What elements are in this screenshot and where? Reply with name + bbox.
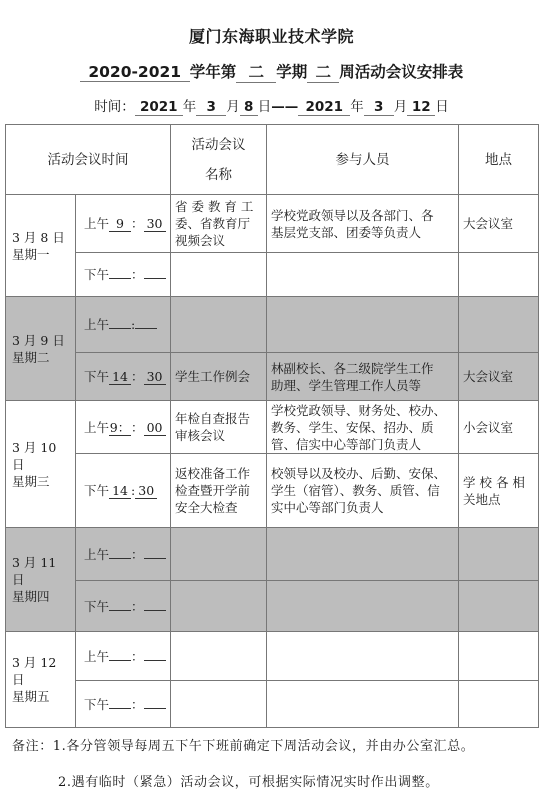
date-text: 3 月 10 日	[12, 439, 71, 473]
date-text: 3 月 9 日	[12, 332, 71, 349]
time-separator: ：	[131, 649, 144, 664]
hour-field	[109, 278, 131, 279]
meeting-name-cell	[171, 681, 267, 728]
range-dash: ——	[271, 99, 298, 115]
year-char: 年	[183, 99, 197, 115]
meeting-name-line: 视频会议	[175, 232, 262, 249]
hour-field: 9	[109, 217, 131, 232]
table-row: 下午：	[6, 681, 539, 728]
meeting-name-line: 委、省教育厅	[175, 215, 262, 232]
meeting-name-cell: 学生工作例会	[171, 353, 267, 401]
date-cell: 3 月 11 日 星期四	[6, 528, 76, 632]
time-prefix: 上午	[84, 649, 109, 664]
col-header-location: 地点	[459, 125, 539, 195]
time-prefix: 上午	[84, 547, 109, 562]
meeting-name-cell	[171, 581, 267, 632]
participants-cell: 校领导以及校办、后勤、安保、学生（宿管）、教务、质管、信实中心等部门负责人	[267, 454, 459, 528]
location-line: 小会议室	[463, 419, 534, 436]
participants-cell	[267, 681, 459, 728]
time-prefix: 上午	[84, 420, 109, 435]
start-month-field: 3	[196, 99, 226, 116]
participants-cell	[267, 297, 459, 353]
weekday-text: 星期三	[12, 473, 71, 490]
weekday-text: 星期四	[12, 588, 71, 605]
time-cell-am: 上午9：：00	[76, 401, 171, 454]
weekday-text: 星期一	[12, 246, 71, 263]
participants-line: 学校党政领导以及各部门、各	[271, 207, 454, 224]
time-prefix: 下午	[84, 599, 109, 614]
day-char: 日	[258, 99, 272, 115]
minute-field: 30	[135, 484, 157, 499]
participants-line: 教务、学生、安保、招办、质	[271, 419, 454, 436]
hour-field	[109, 328, 131, 329]
meeting-name-cell	[171, 297, 267, 353]
time-cell-am: 上午：	[76, 632, 171, 681]
table-row: 3 月 12 日 星期五 上午：	[6, 632, 539, 681]
col-header-name-line: 活动会议	[175, 130, 262, 160]
academic-year-field: 2020-2021	[80, 63, 190, 82]
time-separator: ：	[131, 369, 144, 384]
start-day-field: 8	[240, 99, 258, 116]
date-text: 3 月 12 日	[12, 654, 71, 688]
meeting-name-line: 审核会议	[175, 427, 262, 444]
hour-field	[109, 610, 131, 611]
time-separator: ：	[131, 547, 144, 562]
location-cell	[459, 581, 539, 632]
meeting-name-cell: 年检自查报告审核会议	[171, 401, 267, 454]
col-header-name-line: 名称	[175, 160, 262, 190]
meeting-name-line: 省 委 教 育 工	[175, 198, 262, 215]
academic-year-suffix: 学年第	[190, 63, 237, 81]
location-line: 学 校 各 相	[463, 474, 534, 491]
participants-line: 管、信实中心等部门负责人	[271, 436, 454, 453]
minute-field	[135, 328, 157, 329]
minute-field: 30	[144, 217, 166, 232]
time-cell-am: 上午9：30	[76, 195, 171, 253]
table-row: 3 月 9 日 星期二 上午:	[6, 297, 539, 353]
participants-line: 基层党支部、团委等负责人	[271, 224, 454, 241]
date-range-label: 时间：	[94, 99, 135, 115]
participants-cell	[267, 528, 459, 581]
participants-cell	[267, 253, 459, 297]
meeting-name-line: 学生工作例会	[175, 368, 262, 385]
table-row: 下午14：30 学生工作例会林副校长、各二级院学生工作助理、学生管理工作人员等大…	[6, 353, 539, 401]
participants-line: 校领导以及校办、后勤、安保、	[271, 465, 454, 482]
time-cell-pm: 下午14:30	[76, 454, 171, 528]
table-row: 下午：	[6, 581, 539, 632]
weekday-text: 星期二	[12, 349, 71, 366]
time-separator: ：	[131, 420, 144, 435]
date-text: 3 月 8 日	[12, 229, 71, 246]
location-cell	[459, 253, 539, 297]
time-prefix: 下午	[84, 483, 109, 498]
month-char: 月	[226, 99, 240, 115]
time-prefix: 下午	[84, 369, 109, 384]
hour-field: 9：	[109, 421, 131, 436]
week-suffix: 周活动会议安排表	[339, 63, 463, 81]
time-cell-pm: 下午：	[76, 581, 171, 632]
participants-cell	[267, 581, 459, 632]
end-month-field: 3	[364, 99, 394, 116]
col-header-participants: 参与人员	[267, 125, 459, 195]
end-day-field: 12	[407, 99, 435, 116]
time-separator: ：	[131, 216, 144, 231]
col-header-name: 活动会议 名称	[171, 125, 267, 195]
institution-title: 厦门东海职业技术学院	[0, 24, 543, 47]
note-2: 2.遇有临时（紧急）活动会议，可根据实际情况实时作出调整。	[58, 771, 439, 790]
table-row: 3 月 8 日 星期一 上午9：30 省 委 教 育 工委、省教育厅视频会议学校…	[6, 195, 539, 253]
time-separator: :	[131, 317, 135, 332]
minute-field	[144, 278, 166, 279]
year-char: 年	[350, 99, 364, 115]
date-cell: 3 月 8 日 星期一	[6, 195, 76, 297]
location-line: 关地点	[463, 491, 534, 508]
end-year-field: 2021	[298, 99, 350, 116]
time-separator: ：	[131, 267, 144, 282]
participants-line: 实中心等部门负责人	[271, 499, 454, 516]
hour-field: 14	[109, 484, 131, 499]
week-field: 二	[307, 60, 339, 83]
date-text: 3 月 11 日	[12, 554, 71, 588]
participants-cell: 学校党政领导以及各部门、各基层党支部、团委等负责人	[267, 195, 459, 253]
time-prefix: 下午	[84, 697, 109, 712]
location-cell: 小会议室	[459, 401, 539, 454]
semester-suffix: 学期	[276, 63, 307, 81]
note-1: 备注：1.各分管领导每周五下午下班前确定下周活动会议，并由办公室汇总。	[12, 735, 474, 754]
participants-line: 助理、学生管理工作人员等	[271, 377, 454, 394]
meeting-name-line: 安全大检查	[175, 499, 262, 516]
col-header-time: 活动会议时间	[6, 125, 171, 195]
time-cell-am: 上午：	[76, 528, 171, 581]
location-line: 大会议室	[463, 215, 534, 232]
meeting-name-cell	[171, 253, 267, 297]
meeting-name-line: 年检自查报告	[175, 410, 262, 427]
table-row: 3 月 11 日 星期四 上午：	[6, 528, 539, 581]
minute-field: 00	[144, 421, 166, 436]
minute-field	[144, 558, 166, 559]
time-cell-am: 上午:	[76, 297, 171, 353]
time-separator: ：	[131, 697, 144, 712]
date-cell: 3 月 10 日 星期三	[6, 401, 76, 528]
location-cell: 大会议室	[459, 195, 539, 253]
date-cell: 3 月 9 日 星期二	[6, 297, 76, 401]
weekday-text: 星期五	[12, 688, 71, 705]
location-cell: 大会议室	[459, 353, 539, 401]
time-separator: ：	[131, 599, 144, 614]
time-cell-pm: 下午14：30	[76, 353, 171, 401]
location-cell: 学 校 各 相关地点	[459, 454, 539, 528]
day-char: 日	[435, 99, 449, 115]
table-row: 下午14:30 返校准备工作检查暨开学前安全大检查校领导以及校办、后勤、安保、学…	[6, 454, 539, 528]
participants-line: 学生（宿管）、教务、质管、信	[271, 482, 454, 499]
table-row: 下午：	[6, 253, 539, 297]
location-cell	[459, 297, 539, 353]
minute-field	[144, 708, 166, 709]
schedule-table: 活动会议时间 活动会议 名称 参与人员 地点 3 月 8 日 星期一 上午9：3…	[5, 124, 539, 728]
meeting-name-cell	[171, 632, 267, 681]
date-range: 时间：2021年3月8日——2021年3月12日	[0, 95, 543, 116]
meeting-name-cell	[171, 528, 267, 581]
start-year-field: 2021	[135, 99, 183, 116]
participants-cell	[267, 632, 459, 681]
time-prefix: 下午	[84, 267, 109, 282]
meeting-name-cell: 省 委 教 育 工委、省教育厅视频会议	[171, 195, 267, 253]
time-prefix: 上午	[84, 317, 109, 332]
date-cell: 3 月 12 日 星期五	[6, 632, 76, 728]
meeting-name-cell: 返校准备工作检查暨开学前安全大检查	[171, 454, 267, 528]
time-prefix: 上午	[84, 216, 109, 231]
hour-field: 14	[109, 370, 131, 385]
minute-field	[144, 660, 166, 661]
participants-line: 林副校长、各二级院学生工作	[271, 360, 454, 377]
hour-field	[109, 708, 131, 709]
participants-line: 学校党政领导、财务处、校办、	[271, 402, 454, 419]
month-char: 月	[394, 99, 408, 115]
location-line: 大会议室	[463, 368, 534, 385]
meeting-name-line: 检查暨开学前	[175, 482, 262, 499]
participants-cell: 学校党政领导、财务处、校办、教务、学生、安保、招办、质管、信实中心等部门负责人	[267, 401, 459, 454]
minute-field: 30	[144, 370, 166, 385]
meeting-name-line: 返校准备工作	[175, 465, 262, 482]
table-row: 3 月 10 日 星期三 上午9：：00 年检自查报告审核会议学校党政领导、财务…	[6, 401, 539, 454]
time-cell-pm: 下午：	[76, 681, 171, 728]
minute-field	[144, 610, 166, 611]
participants-cell: 林副校长、各二级院学生工作助理、学生管理工作人员等	[267, 353, 459, 401]
schedule-title: 2020-2021学年第二学期二周活动会议安排表	[0, 60, 543, 83]
semester-field: 二	[236, 60, 276, 83]
location-cell	[459, 632, 539, 681]
hour-field	[109, 660, 131, 661]
location-cell	[459, 681, 539, 728]
time-cell-pm: 下午：	[76, 253, 171, 297]
hour-field	[109, 558, 131, 559]
table-header-row: 活动会议时间 活动会议 名称 参与人员 地点	[6, 125, 539, 195]
location-cell	[459, 528, 539, 581]
